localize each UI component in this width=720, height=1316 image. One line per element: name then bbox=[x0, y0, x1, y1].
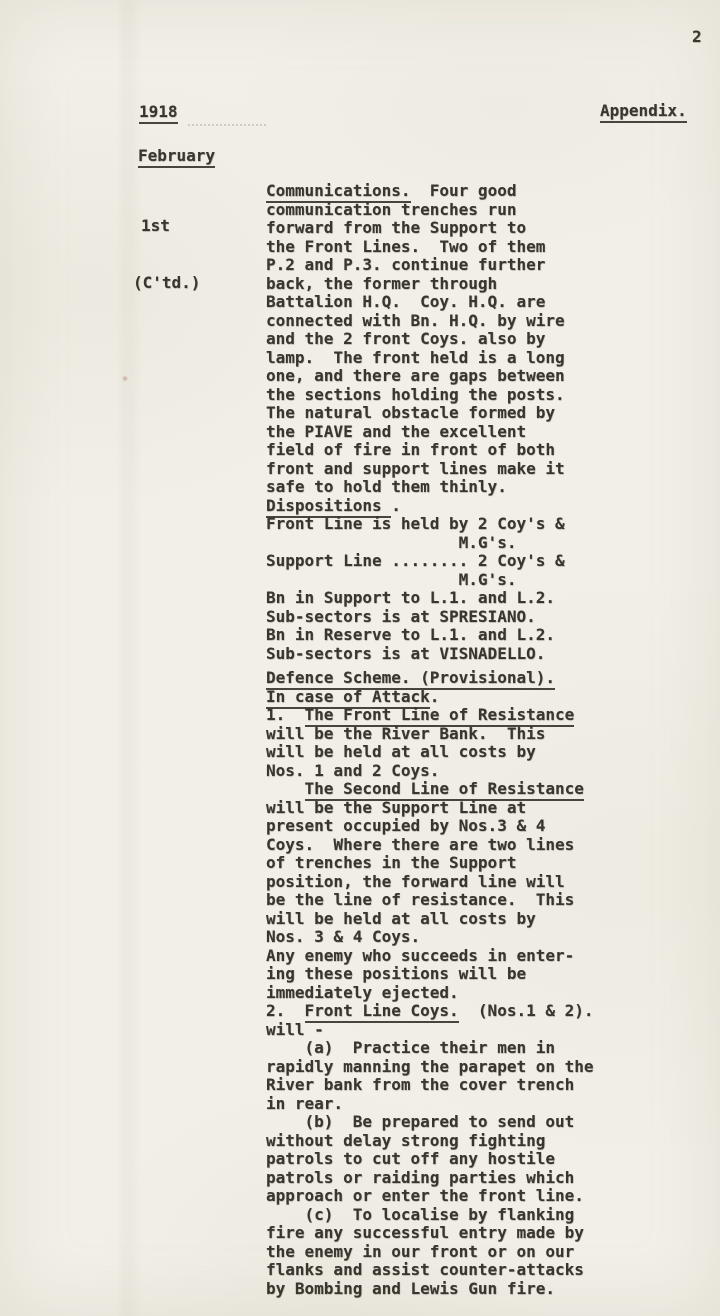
text-segment: field of fire in front of both bbox=[266, 440, 555, 459]
scan-artifact-dotted-line bbox=[188, 124, 266, 126]
text-segment: present occupied by Nos.3 & 4 bbox=[266, 816, 545, 835]
text-segment: 2. bbox=[266, 1001, 305, 1020]
text-line: Communications. Four good bbox=[266, 182, 606, 201]
text-line: lamp. The front held is a long bbox=[266, 349, 606, 368]
text-line: the enemy in our front or on our bbox=[266, 1243, 606, 1262]
text-line: without delay strong fighting bbox=[266, 1132, 606, 1151]
text-line: front and support lines make it bbox=[266, 460, 606, 479]
text-segment: Sub-sectors is at SPRESIANO. bbox=[266, 607, 536, 626]
text-segment: immediately ejected. bbox=[266, 983, 459, 1002]
text-segment: the enemy in our front or on our bbox=[266, 1242, 574, 1261]
text-line: the sections holding the posts. bbox=[266, 386, 606, 405]
text-segment: back, the former through bbox=[266, 274, 497, 293]
text-segment: approach or enter the front line. bbox=[266, 1186, 584, 1205]
text-segment: safe to hold them thinly. bbox=[266, 477, 507, 496]
text-line: one, and there are gaps between bbox=[266, 367, 606, 386]
text-segment: (Nos.1 & 2). bbox=[459, 1001, 594, 1020]
text-line: River bank from the cover trench bbox=[266, 1076, 606, 1095]
text-line: In case of Attack. bbox=[266, 688, 606, 707]
page-number: 2 bbox=[692, 28, 702, 46]
text-line: patrols to cut off any hostile bbox=[266, 1150, 606, 1169]
text-line: Any enemy who succeeds in enter- bbox=[266, 947, 606, 966]
text-segment: Nos. 1 and 2 Coys. bbox=[266, 761, 439, 780]
text-line: 1. The Front Line of Resistance bbox=[266, 706, 606, 725]
text-segment: will be held at all costs by bbox=[266, 909, 536, 928]
date-margin-note-day: 1st bbox=[133, 217, 200, 236]
text-line: P.2 and P.3. continue further bbox=[266, 256, 606, 275]
text-line: safe to hold them thinly. bbox=[266, 478, 606, 497]
text-segment: Four good bbox=[411, 181, 517, 200]
text-line: will - bbox=[266, 1021, 606, 1040]
text-segment: Bn in Support to L.1. and L.2. bbox=[266, 588, 555, 607]
text-line: the Front Lines. Two of them bbox=[266, 238, 606, 257]
text-line: Front Line is held by 2 Coy's & bbox=[266, 515, 606, 534]
text-segment: ing these positions will be bbox=[266, 964, 526, 983]
text-line: approach or enter the front line. bbox=[266, 1187, 606, 1206]
text-line: patrols or raiding parties which bbox=[266, 1169, 606, 1188]
text-line: Dispositions . bbox=[266, 497, 606, 516]
text-segment: will be the River Bank. This bbox=[266, 724, 545, 743]
text-segment: (b) Be prepared to send out bbox=[266, 1112, 574, 1131]
text-line: (b) Be prepared to send out bbox=[266, 1113, 606, 1132]
text-segment: Battalion H.Q. Coy. H.Q. are bbox=[266, 292, 545, 311]
text-segment: without delay strong fighting bbox=[266, 1131, 545, 1150]
text-segment: Sub-sectors is at VISNADELLO. bbox=[266, 644, 545, 663]
text-segment bbox=[266, 779, 305, 798]
text-line: Bn in Reserve to L.1. and L.2. bbox=[266, 626, 606, 645]
date-margin-note-continued: (C'td.) bbox=[133, 274, 200, 293]
text-segment: the PIAVE and the excellent bbox=[266, 422, 526, 441]
text-segment: patrols to cut off any hostile bbox=[266, 1149, 555, 1168]
year-heading: 1918 bbox=[139, 102, 178, 121]
text-segment: Nos. 3 & 4 Coys. bbox=[266, 927, 420, 946]
text-line: will be held at all costs by bbox=[266, 743, 606, 762]
text-segment: will - bbox=[266, 1020, 324, 1039]
text-line: present occupied by Nos.3 & 4 bbox=[266, 817, 606, 836]
text-line: Nos. 1 and 2 Coys. bbox=[266, 762, 606, 781]
underlined-text: Front Line Coys. bbox=[305, 1001, 459, 1023]
text-line: Support Line ........ 2 Coy's & bbox=[266, 552, 606, 571]
text-segment: forward from the Support to bbox=[266, 218, 526, 237]
text-line: field of fire in front of both bbox=[266, 441, 606, 460]
text-line: (a) Practice their men in bbox=[266, 1039, 606, 1058]
text-segment: rapidly manning the parapet on the bbox=[266, 1057, 594, 1076]
text-line: M.G's. bbox=[266, 534, 606, 553]
text-line: of trenches in the Support bbox=[266, 854, 606, 873]
text-line: 2. Front Line Coys. (Nos.1 & 2). bbox=[266, 1002, 606, 1021]
text-segment: Coys. Where there are two lines bbox=[266, 835, 574, 854]
text-line: Sub-sectors is at SPRESIANO. bbox=[266, 608, 606, 627]
text-line: be the line of resistance. This bbox=[266, 891, 606, 910]
text-segment: will be the Support Line at bbox=[266, 798, 526, 817]
text-line: back, the former through bbox=[266, 275, 606, 294]
text-segment: P.2 and P.3. continue further bbox=[266, 255, 545, 274]
text-segment: the Front Lines. Two of them bbox=[266, 237, 545, 256]
text-segment: River bank from the cover trench bbox=[266, 1075, 574, 1094]
body-column: Communications. Four goodcommunication t… bbox=[266, 182, 606, 1298]
scan-artifact-speck bbox=[122, 375, 128, 382]
year-heading-text: 1918 bbox=[139, 102, 178, 124]
text-segment: Bn in Reserve to L.1. and L.2. bbox=[266, 625, 555, 644]
text-line: communication trenches run bbox=[266, 201, 606, 220]
text-line: M.G's. bbox=[266, 571, 606, 590]
text-line: will be held at all costs by bbox=[266, 910, 606, 929]
text-line: the PIAVE and the excellent bbox=[266, 423, 606, 442]
text-line: Coys. Where there are two lines bbox=[266, 836, 606, 855]
appendix-heading: Appendix. bbox=[600, 101, 687, 120]
scanned-document-page: 2 1918 Appendix. February 1st (C'td.) Co… bbox=[0, 0, 720, 1316]
text-line: ing these positions will be bbox=[266, 965, 606, 984]
text-line: will be the Support Line at bbox=[266, 799, 606, 818]
text-line: The Second Line of Resistance bbox=[266, 780, 606, 799]
date-margin-note: 1st (C'td.) bbox=[133, 179, 200, 330]
text-line: immediately ejected. bbox=[266, 984, 606, 1003]
text-segment: Support Line ........ 2 Coy's & bbox=[266, 551, 565, 570]
text-segment: of trenches in the Support bbox=[266, 853, 516, 872]
text-segment: by Bombing and Lewis Gun fire. bbox=[266, 1279, 555, 1298]
text-line: and the 2 front Coys. also by bbox=[266, 330, 606, 349]
text-line: rapidly manning the parapet on the bbox=[266, 1058, 606, 1077]
appendix-heading-text: Appendix. bbox=[600, 101, 687, 123]
text-segment: fire any successful entry made by bbox=[266, 1223, 584, 1242]
text-segment: be the line of resistance. This bbox=[266, 890, 574, 909]
text-segment: M.G's. bbox=[266, 570, 516, 589]
text-segment: in rear. bbox=[266, 1094, 343, 1113]
text-line: The natural obstacle formed by bbox=[266, 404, 606, 423]
text-line: Bn in Support to L.1. and L.2. bbox=[266, 589, 606, 608]
text-segment: will be held at all costs by bbox=[266, 742, 536, 761]
text-segment: and the 2 front Coys. also by bbox=[266, 329, 545, 348]
month-heading-text: February bbox=[138, 146, 215, 168]
month-heading: February bbox=[138, 146, 215, 165]
text-segment: flanks and assist counter-attacks bbox=[266, 1260, 584, 1279]
text-segment: Front Line is held by 2 Coy's & bbox=[266, 514, 565, 533]
text-line: position, the forward line will bbox=[266, 873, 606, 892]
text-segment: M.G's. bbox=[266, 533, 516, 552]
text-segment: Any enemy who succeeds in enter- bbox=[266, 946, 574, 965]
text-line: forward from the Support to bbox=[266, 219, 606, 238]
text-segment: one, and there are gaps between bbox=[266, 366, 565, 385]
text-line: connected with Bn. H.Q. by wire bbox=[266, 312, 606, 331]
text-segment: lamp. The front held is a long bbox=[266, 348, 565, 367]
text-line: Battalion H.Q. Coy. H.Q. are bbox=[266, 293, 606, 312]
text-line: by Bombing and Lewis Gun fire. bbox=[266, 1280, 606, 1299]
text-line: flanks and assist counter-attacks bbox=[266, 1261, 606, 1280]
text-segment: the sections holding the posts. bbox=[266, 385, 565, 404]
text-segment: front and support lines make it bbox=[266, 459, 565, 478]
text-line: fire any successful entry made by bbox=[266, 1224, 606, 1243]
text-line: in rear. bbox=[266, 1095, 606, 1114]
text-segment: 1. bbox=[266, 705, 305, 724]
text-segment: connected with Bn. H.Q. by wire bbox=[266, 311, 565, 330]
text-line: Defence Scheme. (Provisional). bbox=[266, 669, 606, 688]
text-line: Nos. 3 & 4 Coys. bbox=[266, 928, 606, 947]
text-segment: . bbox=[391, 496, 401, 515]
text-segment: (a) Practice their men in bbox=[266, 1038, 555, 1057]
text-segment: position, the forward line will bbox=[266, 872, 565, 891]
text-segment: patrols or raiding parties which bbox=[266, 1168, 574, 1187]
text-line: will be the River Bank. This bbox=[266, 725, 606, 744]
text-segment: (c) To localise by flanking bbox=[266, 1205, 574, 1224]
text-segment: The natural obstacle formed by bbox=[266, 403, 555, 422]
text-line: Sub-sectors is at VISNADELLO. bbox=[266, 645, 606, 664]
text-segment: . bbox=[430, 687, 440, 706]
text-segment: communication trenches run bbox=[266, 200, 516, 219]
text-line: (c) To localise by flanking bbox=[266, 1206, 606, 1225]
